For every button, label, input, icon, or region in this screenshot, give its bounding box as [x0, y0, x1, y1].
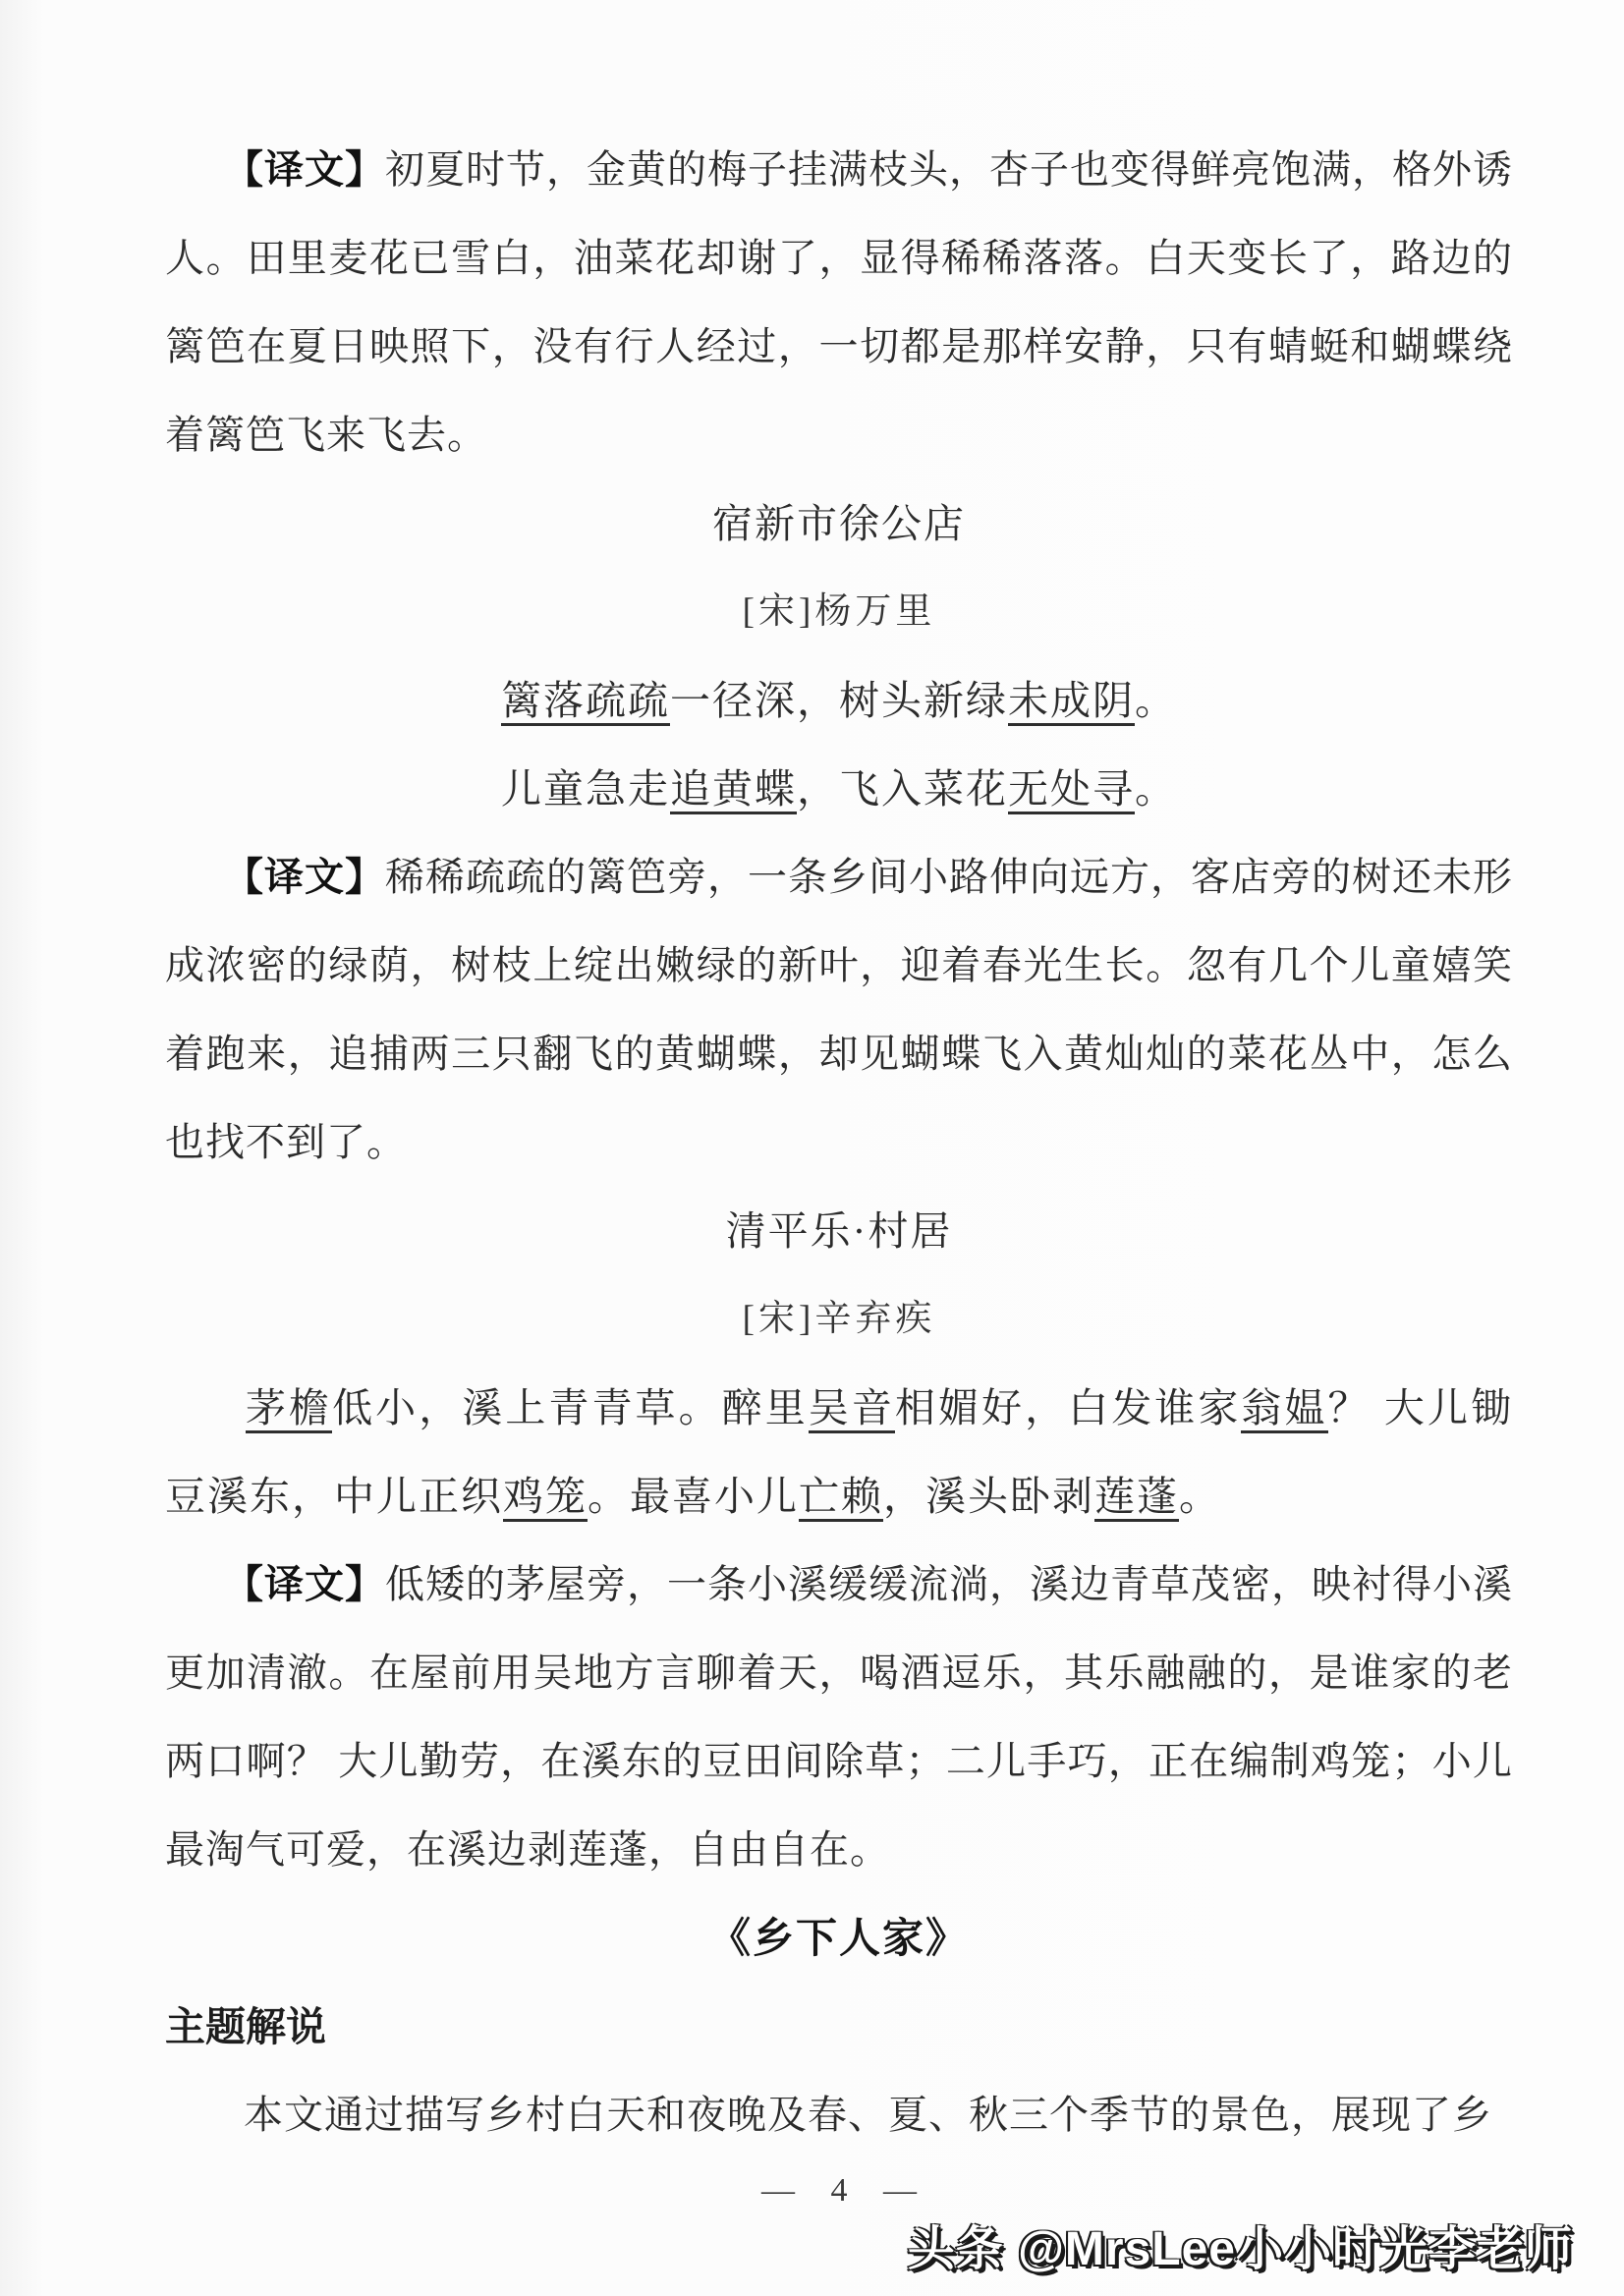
- section-intro-paragraph: 本文通过描写乡村白天和夜晚及春、夏、秋三个季节的景色，展现了乡: [165, 2071, 1513, 2159]
- poem-2-title: 清平乐·村居: [165, 1187, 1513, 1275]
- document-page: 【译文】初夏时节，金黄的梅子挂满枝头，杏子也变得鲜亮饱满，格外诱人。田里麦花已雪…: [0, 0, 1624, 2296]
- poem-segment-annotated: 鸡笼: [503, 1474, 588, 1522]
- poem-segment: 低小，溪上青青草。醉里: [332, 1385, 809, 1430]
- poem-segment: 。最喜小儿: [588, 1474, 799, 1519]
- poem-segment: 。: [1135, 678, 1177, 723]
- poem-2-text: 茅檐低小，溪上青青草。醉里吴音相媚好，白发谁家翁媪？ 大儿锄豆溪东，中儿正织鸡笼…: [165, 1364, 1513, 1540]
- translation-label: 【译文】: [224, 148, 385, 192]
- poem-segment: 。: [1135, 766, 1177, 812]
- poem-segment-annotated: 翁媪: [1241, 1385, 1327, 1433]
- section-title: 《乡下人家》: [165, 1894, 1513, 1983]
- poem-1-author: [宋]杨万里: [165, 568, 1513, 656]
- translation-text: 低矮的茅屋旁，一条小溪缓缓流淌，溪边青草茂密，映衬得小溪更加清澈。在屋前用吴地方…: [165, 1562, 1513, 1872]
- poem-segment: 。: [1179, 1474, 1221, 1519]
- translation-2-paragraph: 【译文】稀稀疏疏的篱笆旁，一条乡间小路伸向远方，客店旁的树还未形成浓密的绿荫，树…: [165, 833, 1513, 1187]
- section-heading: 主题解说: [165, 1983, 1513, 2071]
- poem-segment: ，溪头卧剥: [883, 1474, 1094, 1519]
- poem-segment: ，飞入菜花: [797, 766, 1008, 812]
- translation-text: 初夏时节，金黄的梅子挂满枝头，杏子也变得鲜亮饱满，格外诱人。田里麦花已雪白，油菜…: [165, 147, 1513, 457]
- translation-1-paragraph: 【译文】初夏时节，金黄的梅子挂满枝头，杏子也变得鲜亮饱满，格外诱人。田里麦花已雪…: [165, 126, 1513, 479]
- watermark: 头条 @MrsLee小小时光李老师: [908, 2211, 1573, 2278]
- poem-1-verse-1: 篱落疏疏一径深，树头新绿未成阴。: [165, 656, 1513, 745]
- poem-segment-annotated: 莲蓬: [1094, 1474, 1179, 1522]
- poem-segment-annotated: 追黄蝶: [670, 766, 797, 814]
- poem-segment: 相媚好，白发谁家: [895, 1385, 1241, 1430]
- page-content: 【译文】初夏时节，金黄的梅子挂满枝头，杏子也变得鲜亮饱满，格外诱人。田里麦花已雪…: [165, 126, 1513, 2222]
- poem-2-author: [宋]辛弃疾: [165, 1275, 1513, 1364]
- poem-segment-annotated: 无处寻: [1008, 766, 1135, 814]
- translation-label: 【译文】: [224, 856, 385, 899]
- translation-label: 【译文】: [224, 1563, 385, 1606]
- poem-segment-annotated: 篱落疏疏: [501, 678, 670, 726]
- poem-segment-annotated: 未成阴: [1008, 678, 1135, 726]
- poem-segment: 一径深，树头新绿: [670, 678, 1008, 723]
- poem-segment: 儿童急走: [501, 766, 670, 812]
- translation-3-paragraph: 【译文】低矮的茅屋旁，一条小溪缓缓流淌，溪边青草茂密，映衬得小溪更加清澈。在屋前…: [165, 1540, 1513, 1894]
- translation-text: 稀稀疏疏的篱笆旁，一条乡间小路伸向远方，客店旁的树还未形成浓密的绿荫，树枝上绽出…: [165, 855, 1513, 1164]
- poem-segment-annotated: 茅檐: [246, 1385, 332, 1433]
- poem-1-verse-2: 儿童急走追黄蝶，飞入菜花无处寻。: [165, 745, 1513, 833]
- poem-1-title: 宿新市徐公店: [165, 479, 1513, 568]
- poem-segment-annotated: 吴音: [809, 1385, 895, 1433]
- poem-segment-annotated: 亡赖: [799, 1474, 883, 1522]
